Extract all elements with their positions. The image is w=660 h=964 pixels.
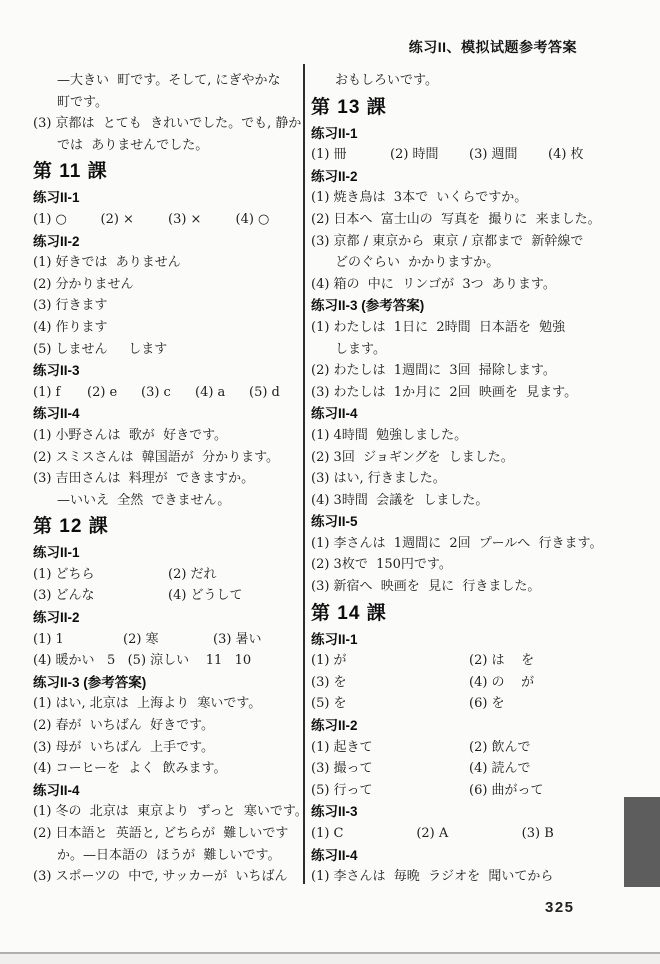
lesson-heading: 第 14 課 — [311, 598, 627, 629]
answer-cell: (4) 枚 — [548, 144, 627, 166]
answer-cell: (4) の が — [469, 672, 627, 694]
answer-cell: (4) a — [195, 382, 249, 404]
answer-cell: (3) 暑い — [213, 629, 303, 651]
answer-cell: (2) 飲んで — [469, 737, 627, 759]
answer-line: (5) 行って(6) 曲がって — [311, 780, 627, 802]
answer-cell: (1) どちら — [33, 564, 168, 586]
column-divider — [303, 64, 305, 884]
answer-line: (3) どんな(4) どうして — [33, 585, 303, 607]
exercise-heading: 练习II-4 — [33, 780, 303, 802]
answer-line: (1) 4時間 勉強しました。 — [311, 425, 627, 447]
answer-line: (1) が(2) は を — [311, 650, 627, 672]
answer-line: 町です。 — [33, 92, 303, 114]
exercise-heading: 练习II-4 — [33, 403, 303, 425]
answer-line: (1) 冊(2) 時間(3) 週間(4) 枚 — [311, 144, 627, 166]
answer-line: (2) わたしは 1週間に 3回 掃除します。 — [311, 360, 627, 382]
answer-line: (1) 焼き鳥は 3本で いくらですか。 — [311, 187, 627, 209]
answer-cell: (5) 行って — [311, 780, 469, 802]
answer-cell: (2) A — [416, 823, 521, 845]
answer-line: (1) 冬の 北京は 東京より ずっと 寒いです。 — [33, 801, 303, 823]
exercise-heading: 练习II-3 — [33, 360, 303, 382]
answer-line: (3) 京都 / 東京から 東京 / 京都まで 新幹線で — [311, 231, 627, 253]
exercise-heading: 练习II-3 (参考答案) — [33, 672, 303, 694]
exercise-heading: 练习II-2 — [33, 607, 303, 629]
answer-line: (3) を(4) の が — [311, 672, 627, 694]
answer-line: (3) スポーツの 中で, サッカーが いちばん — [33, 866, 303, 888]
answer-line: (3) 京都は とても きれいでした。でも, 静か — [33, 113, 303, 135]
exercise-heading: 练习II-3 — [311, 801, 627, 823]
answer-cell: (3) 週間 — [469, 144, 548, 166]
answer-line: (1) 李さんは 毎晩 ラジオを 聞いてから — [311, 866, 627, 888]
answer-line: (2) 日本語と 英語と, どちらが 難しいです — [33, 823, 303, 845]
exercise-heading: 练习II-3 (参考答案) — [311, 295, 627, 317]
answer-line: —大きい 町です。そして, にぎやかな — [33, 70, 303, 92]
answer-line: (1) f(2) e(3) c(4) a(5) d — [33, 382, 303, 404]
answer-line: (2) スミスさんは 韓国語が 分かります。 — [33, 447, 303, 469]
exercise-heading: 练习II-1 — [33, 542, 303, 564]
exercise-heading: 练习II-4 — [311, 403, 627, 425]
answer-line: (3) 吉田さんは 料理が できますか。 — [33, 468, 303, 490]
answer-line: (5) を(6) を — [311, 693, 627, 715]
answer-line: (1) わたしは 1日に 2時間 日本語を 勉強 — [311, 317, 627, 339]
answer-line: (2) 3回 ジョギングを しました。 — [311, 447, 627, 469]
answer-line: か。—日本語の ほうが 難しいです。 — [33, 845, 303, 867]
exercise-heading: 练习II-4 — [311, 845, 627, 867]
answer-line: (1) ○(2) ×(3) ×(4) ○ — [33, 209, 303, 231]
answer-cell: (2) だれ — [168, 564, 303, 586]
answer-cell: (1) C — [311, 823, 416, 845]
answer-cell: (6) を — [469, 693, 627, 715]
answer-cell: (3) × — [168, 209, 236, 231]
answer-cell: (5) を — [311, 693, 469, 715]
answer-line: (1) どちら(2) だれ — [33, 564, 303, 586]
answer-line: (3) 母が いちばん 上手です。 — [33, 737, 303, 759]
answer-line: どのぐらい かかりますか。 — [311, 252, 627, 274]
answer-line: (3) 新宿へ 映画を 見に 行きました。 — [311, 576, 627, 598]
scan-bottom-strip — [0, 954, 660, 964]
answer-cell: (2) 寒 — [123, 629, 213, 651]
exercise-heading: 练习II-1 — [311, 123, 627, 145]
answer-cell: (3) c — [141, 382, 195, 404]
chapter-thumb-tab — [624, 797, 660, 887]
answer-cell: (4) ○ — [236, 209, 304, 231]
answer-line: (2) 分かりません — [33, 274, 303, 296]
answer-line: (4) コーヒーを よく 飲みます。 — [33, 758, 303, 780]
answer-line: (3) はい, 行きました。 — [311, 468, 627, 490]
lesson-heading: 第 12 課 — [33, 511, 303, 542]
answer-cell: (2) × — [101, 209, 169, 231]
lesson-heading: 第 13 課 — [311, 92, 627, 123]
answer-line: (2) 春が いちばん 好きです。 — [33, 715, 303, 737]
page-number: 325 — [545, 899, 575, 916]
answer-cell: (1) 1 — [33, 629, 123, 651]
answer-line: (1) 好きでは ありません — [33, 252, 303, 274]
answer-cell: (1) f — [33, 382, 87, 404]
answer-line: (1) C(2) A(3) B — [311, 823, 627, 845]
answer-line: (3) 撮って(4) 読んで — [311, 758, 627, 780]
answer-line: (1) はい, 北京は 上海より 寒いです。 — [33, 693, 303, 715]
answer-line: (3) わたしは 1か月に 2回 映画を 見ます。 — [311, 382, 627, 404]
answer-cell: (1) が — [311, 650, 469, 672]
answer-cell: (1) ○ — [33, 209, 101, 231]
answer-line: (2) 3枚で 150円です。 — [311, 554, 627, 576]
exercise-heading: 练习II-2 — [311, 715, 627, 737]
answer-line: おもしろいです。 — [311, 70, 627, 92]
answer-cell: (6) 曲がって — [469, 780, 627, 802]
lesson-heading: 第 11 課 — [33, 156, 303, 187]
answer-cell: (2) 時間 — [390, 144, 469, 166]
answer-cell: (1) 冊 — [311, 144, 390, 166]
exercise-heading: 练习II-2 — [311, 166, 627, 188]
exercise-heading: 练习II-1 — [311, 629, 627, 651]
answer-cell: (3) を — [311, 672, 469, 694]
answer-line: (4) 3時間 会議を しました。 — [311, 490, 627, 512]
answers-column-right: おもしろいです。第 13 課练习II-1(1) 冊(2) 時間(3) 週間(4)… — [311, 70, 627, 888]
answer-line: (4) 作ります — [33, 317, 303, 339]
answer-line: (1) 李さんは 1週間に 2回 プールへ 行きます。 — [311, 533, 627, 555]
answer-line: (1) 小野さんは 歌が 好きです。 — [33, 425, 303, 447]
exercise-heading: 练习II-5 — [311, 511, 627, 533]
exercise-heading: 练习II-1 — [33, 187, 303, 209]
book-page: 练习II、模拟试题参考答案 —大きい 町です。そして, にぎやかな町です。(3)… — [0, 0, 660, 964]
answer-line: —いいえ 全然 できません。 — [33, 490, 303, 512]
answer-cell: (2) は を — [469, 650, 627, 672]
page-header-title: 练习II、模拟试题参考答案 — [409, 37, 577, 57]
answer-line: します。 — [311, 339, 627, 361]
answer-cell: (5) d — [249, 382, 303, 404]
exercise-heading: 练习II-2 — [33, 231, 303, 253]
answer-cell: (4) どうして — [168, 585, 303, 607]
answer-line: (1) 起きて(2) 飲んで — [311, 737, 627, 759]
answer-cell: (4) 読んで — [469, 758, 627, 780]
answer-line: (1) 1(2) 寒(3) 暑い — [33, 629, 303, 651]
answer-line: (3) 行きます — [33, 295, 303, 317]
answer-line: (4) 暖かい 5 (5) 涼しい 11 10 — [33, 650, 303, 672]
answer-cell: (3) B — [522, 823, 627, 845]
answer-line: (5) しません します — [33, 339, 303, 361]
answer-cell: (2) e — [87, 382, 141, 404]
answer-cell: (1) 起きて — [311, 737, 469, 759]
answers-column-left: —大きい 町です。そして, にぎやかな町です。(3) 京都は とても きれいでし… — [33, 70, 303, 888]
answer-line: (2) 日本へ 富士山の 写真を 撮りに 来ました。 — [311, 209, 627, 231]
answer-line: では ありませんでした。 — [33, 135, 303, 157]
answer-line: (4) 箱の 中に リンゴが 3つ あります。 — [311, 274, 627, 296]
answer-cell: (3) 撮って — [311, 758, 469, 780]
answer-cell: (3) どんな — [33, 585, 168, 607]
